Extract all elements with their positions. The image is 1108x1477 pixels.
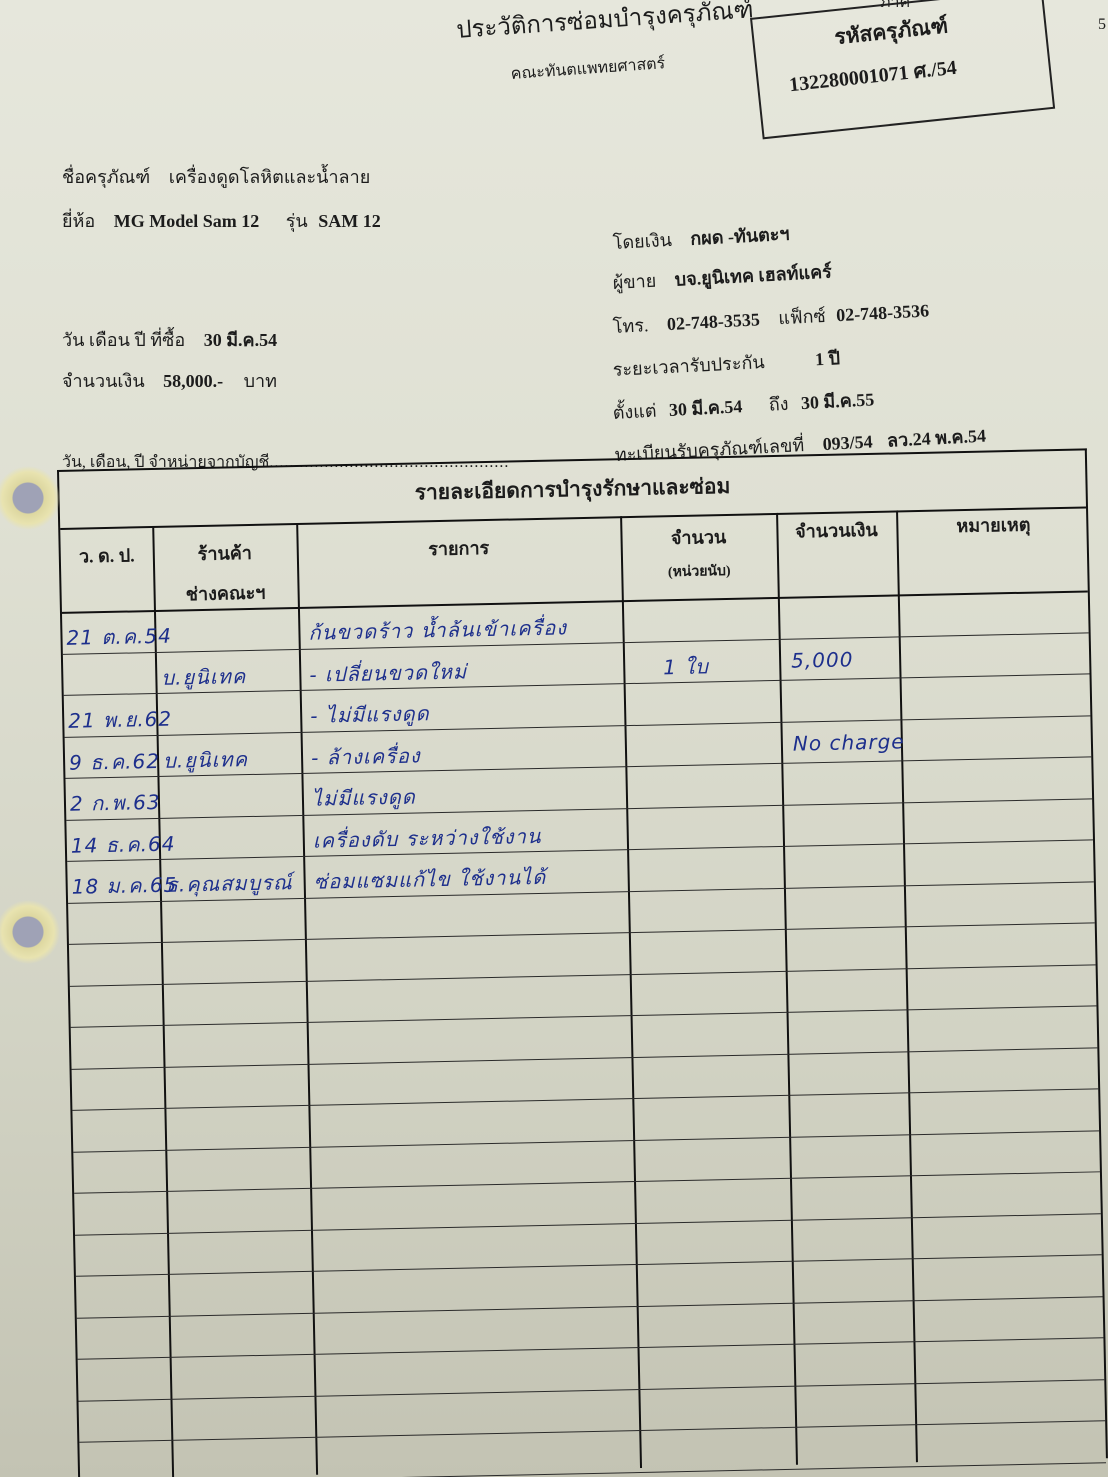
seller-value: บจ.ยูนิเทค เฮลท์แคร์ <box>674 262 832 290</box>
row-rule <box>75 1213 1101 1235</box>
col-header-shop: ร้านค้า <box>152 537 297 569</box>
brand-value: MG Model Sam 12 <box>114 211 260 231</box>
cell-item: ไม่มีแรงดูด <box>312 781 416 815</box>
row-rule <box>79 1420 1105 1442</box>
row-rule <box>70 964 1096 986</box>
seller-row: ผู้ขาย บจ.ยูนิเทค เฮลท์แคร์ <box>612 257 832 297</box>
row-rule <box>73 1130 1099 1152</box>
phone-label: โทร. <box>612 315 649 337</box>
cell-date: 21 ต.ค.54 <box>66 620 172 654</box>
cell-date: 18 ม.ค.65 <box>71 869 177 903</box>
row-rule <box>66 798 1092 820</box>
seller-label: ผู้ขาย <box>612 271 657 293</box>
col-header-unit: (หน่วยนับ) <box>621 559 777 584</box>
column-divider <box>620 516 642 1468</box>
fax-value: 02-748-3536 <box>836 300 930 325</box>
col-header-note: หมายเหตุ <box>896 508 1091 541</box>
asset-code-value: 132280001071 ศ./54 <box>787 51 958 100</box>
register-number: 093/54 <box>822 431 873 454</box>
cell-date: 21 พ.ย.62 <box>68 703 173 737</box>
row-rule <box>71 1005 1097 1027</box>
cell-shop: บ.ยูนิเทค <box>163 743 248 777</box>
row-rule <box>80 1462 1106 1477</box>
row-rule <box>77 1296 1103 1318</box>
cell-item: ก้นขวดร้าว น้ำล้นเข้าเครื่อง <box>308 611 567 648</box>
cell-item: - เปลี่ยนขวดใหม่ <box>309 655 467 690</box>
amount-value: 58,000.- <box>163 371 223 391</box>
asset-code-box: รหัสครุภัณฑ์ 132280001071 ศ./54 <box>750 0 1055 139</box>
brand-row: ยี่ห้อ MG Model Sam 12 รุ่น SAM 12 <box>62 206 381 235</box>
cell-item: ซ่อมแซมแก้ไข ใช้งานได้ <box>313 861 546 898</box>
binder-hole-reinforcement <box>0 900 60 964</box>
model-value: SAM 12 <box>318 211 381 231</box>
cell-item: - ไม่มีแรงดูด <box>310 697 430 731</box>
row-rule <box>65 715 1091 737</box>
document-title: ประวัติการซ่อมบำรุงครุภัณฑ์ <box>455 0 755 49</box>
cell-date: 9 ธ.ค.62 <box>69 744 160 778</box>
equipment-name-value: เครื่องดูดโลหิตและน้ำลาย <box>169 167 371 187</box>
row-rule <box>69 922 1095 944</box>
row-rule <box>72 1047 1098 1069</box>
amount-row: จำนวนเงิน 58,000.- บาท <box>62 366 277 395</box>
faculty-name: คณะทันตแพทยศาสตร์ <box>510 51 666 87</box>
table-grid: รายละเอียดการบำรุงรักษาและซ่อม ว. ด. ป. … <box>57 448 1108 1477</box>
asset-code-label: รหัสครุภัณฑ์ <box>833 9 950 54</box>
to-value: 30 มี.ค.55 <box>800 389 874 413</box>
binder-hole-reinforcement <box>0 466 60 530</box>
phone-value: 02-748-3535 <box>666 309 760 334</box>
contact-row: โทร. 02-748-3535 แฟ็กซ์ 02-748-3536 <box>612 295 930 341</box>
equipment-name-label: ชื่อครุภัณฑ์ <box>62 167 150 187</box>
purchase-date-label: วัน เดือน ปี ที่ซื้อ <box>62 330 185 350</box>
col-header-date: ว. ด. ป. <box>61 540 154 571</box>
cell-item: - ล้างเครื่อง <box>311 739 421 773</box>
funding-label: โดยเงิน <box>612 230 672 253</box>
row-rule <box>63 632 1089 654</box>
funding-row: โดยเงิน กผด -ทันตะฯ <box>612 219 790 257</box>
cell-shop: ธ.คุณสมบูรณ์ <box>165 866 293 901</box>
funding-value: กผด -ทันตะฯ <box>690 224 790 249</box>
warranty-period-row: ตั้งแต่ 30 มี.ค.54 ถึง 30 มี.ค.55 <box>612 384 875 427</box>
cell-cost: No charge <box>793 729 905 755</box>
model-label: รุ่น <box>286 211 308 231</box>
cell-item: เครื่องดับ ระหว่างใช้งาน <box>312 819 541 856</box>
cell-cost: 5,000 <box>791 647 854 672</box>
row-rule <box>74 1171 1100 1193</box>
col-header-item: รายการ <box>296 530 621 566</box>
warranty-value: 1 ปี <box>814 348 840 369</box>
equipment-name-row: ชื่อครุภัณฑ์ เครื่องดูดโลหิตและน้ำลาย <box>62 162 370 191</box>
col-header-qty: จำนวน <box>620 521 777 553</box>
maintenance-table: รายละเอียดการบำรุงรักษาและซ่อม ว. ด. ป. … <box>57 448 1108 1477</box>
edge-character: 5 <box>1098 16 1106 34</box>
purchase-date-row: วัน เดือน ปี ที่ซื้อ 30 มี.ค.54 <box>62 325 277 354</box>
row-rule <box>72 1088 1098 1110</box>
register-date: ลว.24 พ.ค.54 <box>887 426 987 451</box>
row-rule <box>78 1337 1104 1359</box>
to-label: ถึง <box>768 394 789 415</box>
column-divider <box>896 510 918 1462</box>
row-rule <box>78 1379 1104 1401</box>
row-rule <box>76 1254 1102 1276</box>
col-header-cost: จำนวนเงิน <box>776 514 897 546</box>
warranty-row: ระยะเวลารับประกัน 1 ปี <box>612 343 841 384</box>
cell-date: 14 ธ.ค.64 <box>71 827 176 861</box>
brand-label: ยี่ห้อ <box>62 211 95 231</box>
purchase-date-value: 30 มี.ค.54 <box>204 330 277 350</box>
fax-label: แฟ็กซ์ <box>778 306 826 328</box>
from-value: 30 มี.ค.54 <box>668 396 742 420</box>
cell-shop: บ.ยูนิเทค <box>161 660 246 694</box>
cell-qty: 1 ใบ <box>663 650 709 683</box>
amount-label: จำนวนเงิน <box>62 371 145 391</box>
col-header-technician: ช่างคณะฯ <box>153 577 298 609</box>
from-label: ตั้งแต่ <box>612 401 657 423</box>
amount-unit: บาท <box>244 371 277 391</box>
warranty-label: ระยะเวลารับประกัน <box>612 352 765 380</box>
cell-date: 2 ก.พ.63 <box>70 786 161 820</box>
row-rule <box>67 839 1093 861</box>
